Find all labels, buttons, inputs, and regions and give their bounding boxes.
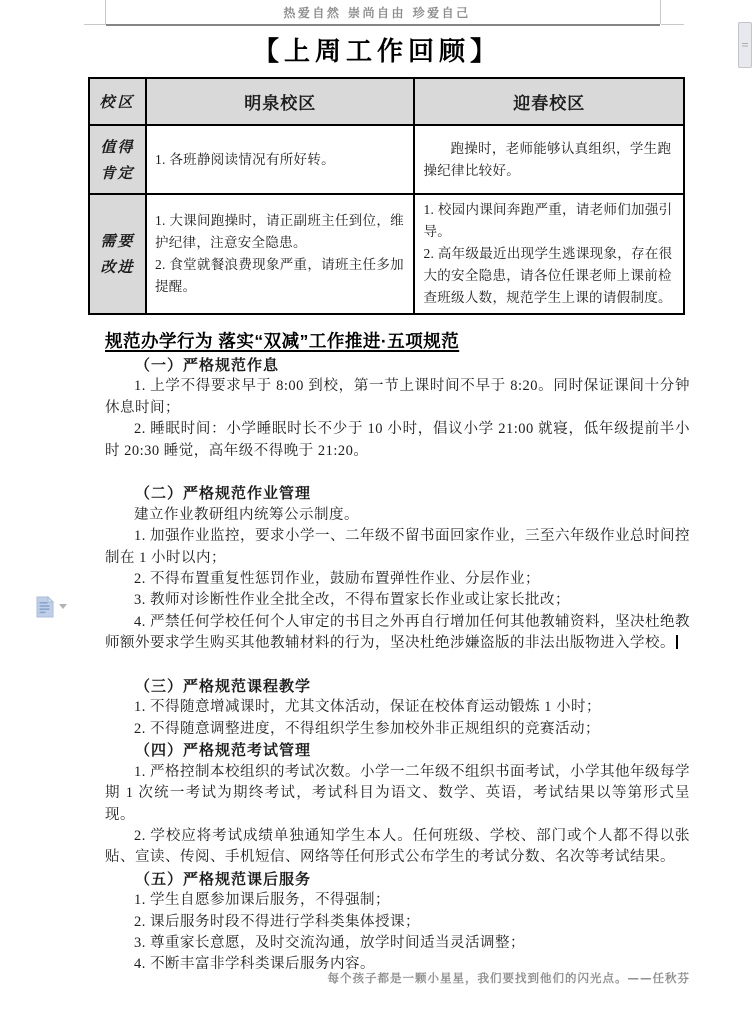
- table-row-improve: 需要改进 1. 大课间跑操时，请正副班主任到位，维护纪律，注意安全隐患。 2. …: [89, 194, 684, 314]
- section-heading-4: （四）严格规范考试管理: [105, 740, 690, 761]
- cell-yingchun-improve: 1. 校园内课间奔跑严重，请老师们加强引导。 2. 高年级最近出现学生逃课现象，…: [414, 194, 684, 314]
- list-item: 1. 学生自愿参加课后服务，不得强制；: [105, 890, 690, 911]
- list-item: 1. 各班静阅读情况有所好转。: [155, 149, 406, 171]
- grip-icon: [742, 43, 748, 48]
- margin-mark: [84, 24, 106, 25]
- header-motto: 热爱自然 崇尚自由 珍爱自己: [0, 4, 754, 21]
- table-header-campus: 校区: [89, 78, 146, 125]
- header-rule: [106, 24, 660, 26]
- table-row-praise: 值得肯定 1. 各班静阅读情况有所好转。 跑操时，老师能够认真组织，学生跑操纪律…: [89, 125, 684, 194]
- footer-quote: 每个孩子都是一颗小星星，我们要找到他们的闪光点。——任秋芬: [328, 970, 691, 986]
- list-item: 2. 睡眠时间：小学睡眠时长不少于 10 小时，倡议小学 21:00 就寝，低年…: [105, 419, 690, 462]
- clipboard-paste-icon: [36, 596, 54, 618]
- document-body: 校区 明泉校区 迎春校区 值得肯定 1. 各班静阅读情况有所好转。 跑操时，老师…: [105, 77, 690, 976]
- row-label: 值得肯定: [89, 125, 146, 194]
- margin-mark: [661, 24, 684, 25]
- list-item: 1. 不得随意增减课时，尤其文体活动，保证在校体育运动锻炼 1 小时；: [105, 697, 690, 718]
- list-item: 3. 尊重家长意愿，及时交流沟通，放学时间适当灵活调整；: [105, 933, 690, 954]
- list-item: 2. 不得随意调整进度，不得组织学生参加校外非正规组织的竞赛活动；: [105, 719, 690, 740]
- cell-mingquan-praise: 1. 各班静阅读情况有所好转。: [146, 125, 415, 194]
- table-header-yingchun: 迎春校区: [414, 78, 684, 125]
- list-item: 2. 食堂就餐浪费现象严重，请班主任多加提醒。: [155, 254, 406, 298]
- paste-options-button[interactable]: [34, 594, 68, 622]
- cell-mingquan-improve: 1. 大课间跑操时，请正副班主任到位，维护纪律，注意安全隐患。 2. 食堂就餐浪…: [146, 194, 415, 314]
- list-item: 1. 上学不得要求早于 8:00 到校，第一节上课时间不早于 8:20。同时保证…: [105, 376, 690, 419]
- list-item: 1. 大课间跑操时，请正副班主任到位，维护纪律，注意安全隐患。: [155, 210, 406, 254]
- list-item: 跑操时，老师能够认真组织，学生跑操纪律比较好。: [423, 138, 675, 182]
- blank-line: [105, 462, 690, 483]
- table-header-row: 校区 明泉校区 迎春校区: [89, 78, 684, 125]
- section-heading-1: （一）严格规范作息: [105, 355, 690, 376]
- document-page: 热爱自然 崇尚自由 珍爱自己 【上周工作回顾】 校区 明泉校区 迎春校区 值得肯…: [0, 0, 754, 1019]
- margin-mark: [105, 0, 106, 24]
- list-item: 2. 学校应将考试成绩单独通知学生本人。任何班级、学校、部门或个人都不得以张贴、…: [105, 826, 690, 869]
- list-item: 2. 课后服务时段不得进行学科类集体授课；: [105, 912, 690, 933]
- section-heading-3: （三）严格规范课程教学: [105, 676, 690, 697]
- list-item: 2. 不得布置重复性惩罚作业，鼓励布置弹性作业、分层作业；: [105, 569, 690, 590]
- table-header-mingquan: 明泉校区: [146, 78, 415, 125]
- list-item: 4. 严禁任何学校任何个人审定的书目之外再自行增加任何其他教辅资料，坚决杜绝教师…: [105, 612, 690, 655]
- list-item: 2. 高年级最近出现学生逃课现象，存在很大的安全隐患，请各位任课老师上课前检查班…: [423, 243, 675, 309]
- list-item: 3. 教师对诊断性作业全批全改，不得布置家长作业或让家长批改；: [105, 590, 690, 611]
- blank-line: [105, 655, 690, 676]
- section-heading-5: （五）严格规范课后服务: [105, 869, 690, 890]
- list-item: 1. 严格控制本校组织的考试次数。小学一二年级不组织书面考试，小学其他年级每学期…: [105, 762, 690, 826]
- list-item-text: 4. 严禁任何学校任何个人审定的书目之外再自行增加任何其他教辅资料，坚决杜绝教师…: [105, 614, 690, 651]
- review-table: 校区 明泉校区 迎春校区 值得肯定 1. 各班静阅读情况有所好转。 跑操时，老师…: [88, 77, 685, 315]
- chevron-down-icon[interactable]: [59, 604, 67, 609]
- list-item: 1. 校园内课间奔跑严重，请老师们加强引导。: [423, 199, 675, 243]
- section-heading-2: （二）严格规范作业管理: [105, 483, 690, 504]
- text-cursor: [676, 635, 678, 649]
- cell-yingchun-praise: 跑操时，老师能够认真组织，学生跑操纪律比较好。: [414, 125, 684, 194]
- row-label: 需要改进: [89, 194, 146, 314]
- section-heading-main: 规范办学行为 落实“双减”工作推进·五项规范: [105, 328, 690, 353]
- margin-mark: [660, 0, 661, 24]
- scrollbar-thumb[interactable]: [738, 22, 752, 68]
- list-item: 1. 加强作业监控，要求小学一、二年级不留书面回家作业，三至六年级作业总时间控制…: [105, 526, 690, 569]
- section-lead: 建立作业教研组内统筹公示制度。: [105, 505, 690, 526]
